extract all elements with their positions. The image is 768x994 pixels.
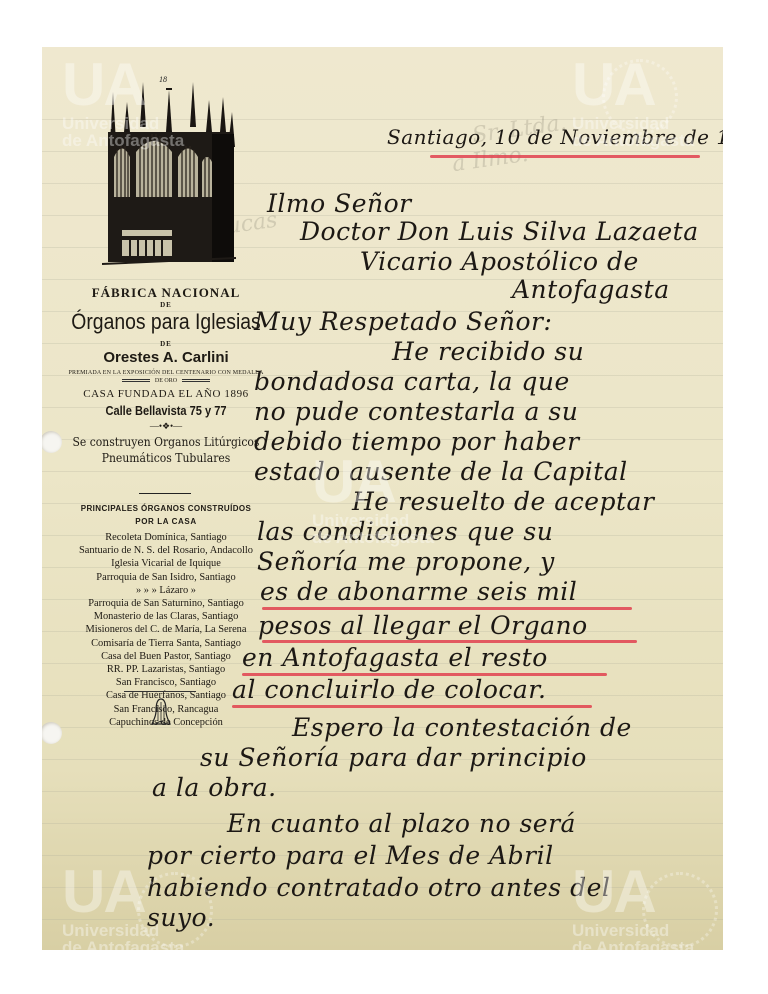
ornament-divider: —•❖•— — [56, 421, 276, 432]
body-line: En cuanto al plazo no será — [227, 809, 576, 838]
body-line: He resuelto de aceptar — [352, 487, 654, 516]
body-line: Espero la contestación de — [292, 713, 632, 742]
body-line: las condiciones que su — [257, 517, 553, 546]
list-item: Iglesia Vicarial de Iquique — [56, 557, 276, 570]
body-line-underlined: es de abonarme seis mil — [260, 577, 577, 606]
list-item: Monasterio de las Claras, Santiago — [56, 610, 276, 623]
letterhead-founded: CASA FUNDADA EL AÑO 1896 — [56, 388, 276, 400]
body-line: habiendo contratado otro antes del — [147, 873, 610, 902]
letter-page: Sr. Ltda. a Ilmo. Lucas 18 — [42, 47, 723, 950]
red-underline — [232, 705, 592, 708]
body-line: a la obra. — [152, 773, 277, 802]
letterhead-subtitle: Órganos para Iglesias — [69, 309, 263, 335]
letter-greeting: Muy Respetado Señor: — [254, 307, 552, 336]
salutation-line: Vicario Apostólico de — [360, 247, 639, 276]
body-line-underlined: al concluirlo de colocar. — [232, 675, 546, 704]
body-line: He recibido su — [392, 337, 584, 366]
body-line-underlined: pesos al llegar el Organo — [258, 611, 588, 640]
divider — [124, 691, 196, 692]
punch-hole-top — [42, 431, 62, 453]
list-item: Parroquia de San Saturnino, Santiago — [56, 597, 276, 610]
body-line: debido tiempo por haber — [254, 427, 580, 456]
list-item: » » » Lázaro » — [56, 584, 276, 597]
bell-flower-icon — [150, 697, 172, 727]
body-line-underlined: en Antofagasta el resto — [242, 643, 548, 672]
red-underline — [262, 607, 632, 610]
body-line: su Señoría para dar principio — [200, 743, 587, 772]
body-line: bondadosa carta, la que — [254, 367, 570, 396]
body-line: Señoría me propone, y — [257, 547, 555, 576]
letterhead-de: DE — [56, 340, 276, 348]
letterhead-services: Se construyen Organos Litúrgicos — [67, 435, 265, 449]
watermark-seal — [642, 872, 718, 948]
salutation-line: Ilmo Señor — [267, 189, 412, 218]
watermark-seal — [602, 59, 678, 135]
list-item: Misioneros del C. de María, La Serena — [56, 623, 276, 636]
letterhead-owner: Orestes A. Carlini — [56, 349, 276, 366]
organs-list-heading: POR LA CASA — [56, 517, 276, 526]
letterhead-services: Pneumáticos Tubulares — [67, 451, 265, 465]
body-line: no pude contestarla a su — [254, 397, 578, 426]
organs-list-heading: PRINCIPALES ÓRGANOS CONSTRUÍDOS — [56, 504, 276, 513]
letterhead-award-medal: DE ORO — [56, 378, 276, 384]
pipe-organ-icon — [102, 72, 236, 268]
divider — [139, 493, 191, 494]
letterhead-award: PREMIADA EN LA EXPOSICIÓN DEL CENTENARIO… — [56, 370, 276, 376]
salutation-line: Antofagasta — [512, 275, 670, 304]
body-line: por cierto para el Mes de Abril — [147, 841, 554, 870]
list-item: Parroquia de San Isidro, Santiago — [56, 571, 276, 584]
list-item: Recoleta Domínica, Santiago — [56, 531, 276, 544]
watermark-seal — [137, 872, 213, 948]
red-underline — [430, 155, 700, 158]
salutation-line: Doctor Don Luis Silva Lazaeta — [300, 217, 699, 246]
body-line: estado ausente de la Capital — [254, 457, 628, 486]
letterhead-address: Calle Bellavista 75 y 77 — [73, 403, 260, 418]
letterhead-title: FÁBRICA NACIONAL — [56, 285, 276, 301]
letterhead-de: DE — [56, 301, 276, 309]
letter-date: Santiago, 10 de Noviembre de 1912 — [387, 125, 723, 149]
list-item: Santuario de N. S. del Rosario, Andacoll… — [56, 544, 276, 557]
